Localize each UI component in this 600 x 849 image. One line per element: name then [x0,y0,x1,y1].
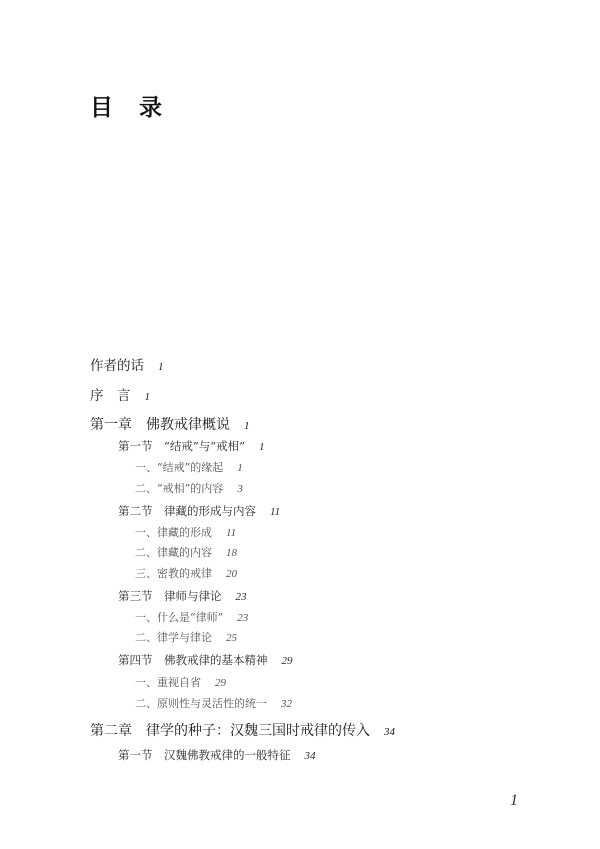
toc-entry-label: 作者的话 [90,360,144,374]
toc-entry-label: 三、密教的戒律 [135,568,212,579]
toc-entry-page: 25 [226,633,237,644]
toc-entry-subsection[interactable]: 一、律藏的形成11 [135,527,236,539]
toc-entry-page: 18 [226,548,237,559]
toc-entry-section[interactable]: 第一节 “结戒”与“戒相”1 [118,441,265,453]
page-title: 目录 [90,89,162,122]
toc-entry-label: 二、律藏的内容 [135,547,212,558]
toc-entry-label: 第一章 佛教戒律概说 [90,418,230,432]
toc-entry-subsection[interactable]: 二、原则性与灵活性的统一32 [135,698,292,710]
page-number: 1 [510,792,518,810]
toc-entry-page: 23 [237,613,248,624]
toc-entry-subsection[interactable]: 一、“结戒”的缘起1 [135,462,243,474]
toc-entry-chapter-2[interactable]: 第二章 律学的种子：汉魏三国时戒律的传入34 [90,724,395,738]
toc-entry-page: 32 [281,699,292,710]
toc-entry-page: 1 [244,421,250,432]
toc-entry-page: 11 [270,507,280,518]
toc-entry-subsection[interactable]: 一、重视自省29 [135,677,226,689]
toc-entry-foreword[interactable]: 序 言1 [90,390,150,404]
toc-entry-page: 1 [145,392,151,403]
toc-entry-label: 一、什么是“律师” [135,612,223,623]
toc-entry-page: 23 [236,592,247,603]
toc-entry-page: 1 [158,362,164,373]
toc-entry-section[interactable]: 第二节 律藏的形成与内容11 [118,506,280,518]
toc-entry-page: 20 [226,569,237,580]
toc-entry-subsection[interactable]: 一、什么是“律师”23 [135,612,248,624]
toc-entry-label: 第四节 佛教戒律的基本精神 [118,655,268,667]
toc-entry-page: 34 [384,727,395,738]
title-char: 录 [139,89,162,122]
toc-entry-page: 11 [226,528,236,539]
title-char: 目 [90,89,113,122]
toc-entry-label: 一、重视自省 [135,677,201,688]
toc-entry-page: 1 [237,463,243,474]
toc-entry-label: 第一节 “结戒”与“戒相” [118,441,245,453]
toc-entry-subsection[interactable]: 二、律藏的内容18 [135,547,237,559]
toc-entry-subsection[interactable]: 二、律学与律论25 [135,632,237,644]
toc-entry-label: 序 言 [90,390,131,404]
toc-entry-label: 第二节 律藏的形成与内容 [118,506,256,518]
toc-entry-page: 29 [215,678,226,689]
toc-entry-label: 第一节 汉魏佛教戒律的一般特征 [118,750,291,762]
toc-entry-chapter-1[interactable]: 第一章 佛教戒律概说1 [90,418,250,432]
toc-entry-page: 29 [282,656,293,667]
toc-entry-label: 二、律学与律论 [135,632,212,643]
toc-entry-page: 3 [237,484,243,495]
toc-entry-label: 二、原则性与灵活性的统一 [135,698,267,709]
toc-entry-label: 第三节 律师与律论 [118,591,222,603]
toc-entry-preface-author[interactable]: 作者的话1 [90,360,164,374]
toc-entry-page: 34 [305,751,316,762]
toc-entry-label: 二、“戒相”的内容 [135,483,223,494]
toc-entry-section[interactable]: 第一节 汉魏佛教戒律的一般特征34 [118,750,316,762]
toc-entry-label: 第二章 律学的种子：汉魏三国时戒律的传入 [90,724,370,738]
toc-entry-label: 一、律藏的形成 [135,527,212,538]
toc-entry-subsection[interactable]: 三、密教的戒律20 [135,568,237,580]
toc-entry-section[interactable]: 第三节 律师与律论23 [118,591,247,603]
toc-entry-label: 一、“结戒”的缘起 [135,462,223,473]
toc-entry-subsection[interactable]: 二、“戒相”的内容3 [135,483,243,495]
toc-entry-section[interactable]: 第四节 佛教戒律的基本精神29 [118,655,293,667]
toc-entry-page: 1 [259,442,265,453]
